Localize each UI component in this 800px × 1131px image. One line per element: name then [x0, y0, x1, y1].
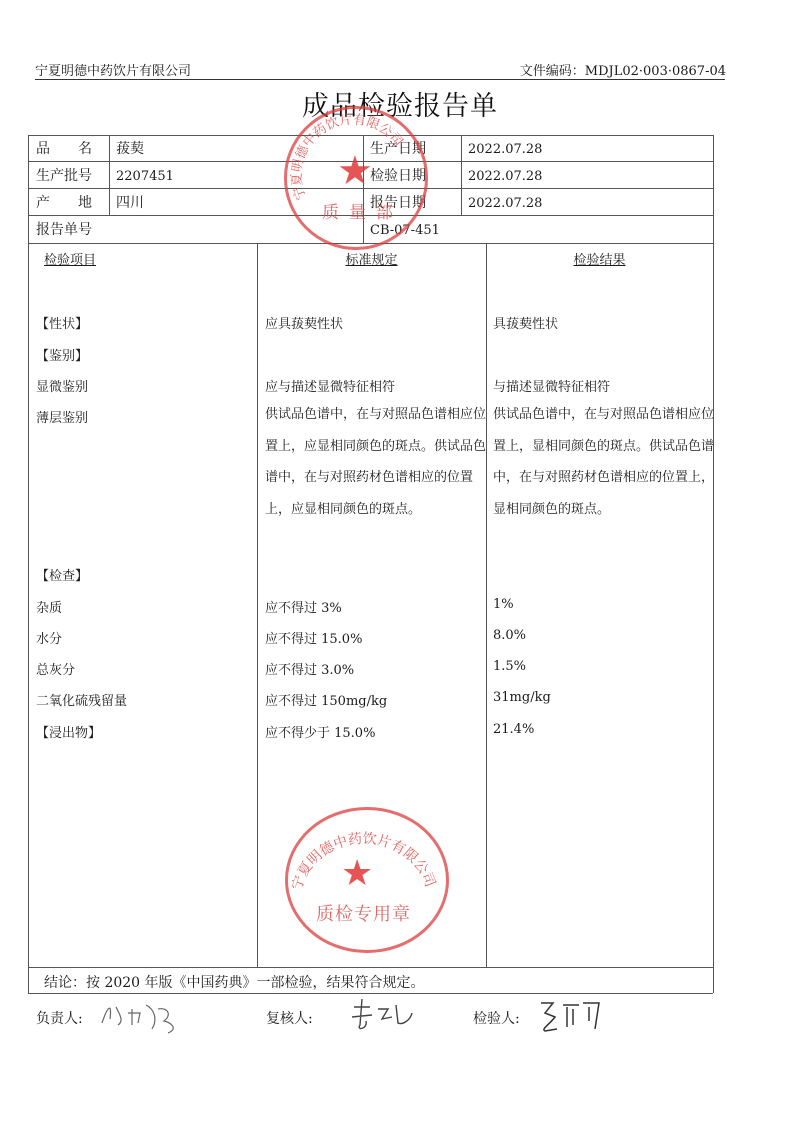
reviewer-signature — [348, 995, 418, 1042]
item-impurity: 杂质 — [36, 597, 62, 616]
origin: 四川 — [116, 190, 144, 217]
result-appearance: 具菝葜性状 — [493, 313, 558, 332]
origin-label: 产 地 — [36, 190, 92, 217]
item-tlc: 薄层鉴别 — [36, 407, 88, 426]
table-border-right — [713, 135, 714, 993]
conclusion: 结论：按 2020 年版《中国药典》一部检验，结果符合规定。 — [44, 972, 425, 992]
row-divider — [28, 967, 713, 968]
product-name: 菝葜 — [116, 136, 144, 163]
standard-extract: 应不得少于 15.0% — [265, 722, 375, 741]
standard-moisture: 应不得过 15.0% — [265, 628, 362, 647]
production-date: 2022.07.28 — [468, 136, 542, 163]
standard-tlc: 供试品色谱中，在与对照品色谱相应位置上，应显相同颜色的斑点。供试品色谱中，在与对… — [265, 399, 489, 525]
svg-text:宁夏明德中药饮片有限公司: 宁夏明德中药饮片有限公司 — [290, 111, 406, 201]
product-name-label: 品 名 — [36, 136, 92, 163]
result-total-ash: 1.5% — [493, 659, 526, 674]
table-border-bottom — [28, 993, 713, 994]
inspection-date: 2022.07.28 — [468, 163, 542, 190]
col-divider — [461, 135, 462, 215]
result-so2: 31mg/kg — [493, 690, 551, 705]
company-name: 宁夏明德中药饮片有限公司 — [35, 60, 191, 79]
reviewer-label: 复核人: — [266, 1008, 313, 1028]
batch-label: 生产批号 — [36, 163, 92, 190]
item-so2: 二氧化硫残留量 — [36, 690, 127, 709]
col-header-item: 检验项目 — [44, 249, 96, 268]
inspector-label: 检验人: — [473, 1008, 520, 1028]
item-appearance: 【性状】 — [36, 313, 88, 332]
standard-total-ash: 应不得过 3.0% — [265, 659, 354, 678]
standard-appearance: 应具菝葜性状 — [265, 313, 343, 332]
result-impurity: 1% — [493, 597, 514, 612]
responsible-label: 负责人: — [36, 1008, 83, 1028]
header-rule — [35, 79, 725, 80]
item-moisture: 水分 — [36, 628, 62, 647]
inspector-signature — [535, 995, 625, 1044]
table-border-left — [28, 135, 29, 993]
col-divider — [109, 135, 110, 215]
item-identification: 【鉴别】 — [36, 345, 88, 364]
result-microscopic: 与描述显微特征相符 — [493, 376, 610, 395]
item-microscopic: 显微鉴别 — [36, 376, 88, 395]
stamp-arc-text: 宁夏明德中药饮片有限公司 — [284, 106, 422, 244]
item-total-ash: 总灰分 — [36, 659, 75, 678]
col-header-standard: 标准规定 — [257, 249, 486, 268]
stamp-arc-text: 宁夏明德中药饮片有限公司 — [285, 807, 443, 947]
item-inspection: 【检查】 — [36, 565, 88, 584]
result-moisture: 8.0% — [493, 628, 526, 643]
report-no-label: 报告单号 — [36, 217, 92, 244]
col-divider — [486, 243, 487, 967]
col-divider — [257, 243, 258, 967]
file-code: 文件编码：MDJL02·003·0867-04 — [520, 60, 726, 79]
standard-impurity: 应不得过 3% — [265, 597, 342, 616]
responsible-signature — [98, 995, 188, 1042]
svg-text:宁夏明德中药饮片有限公司: 宁夏明德中药饮片有限公司 — [289, 831, 438, 892]
standard-microscopic: 应与描述显微特征相符 — [265, 376, 395, 395]
standard-so2: 应不得过 150mg/kg — [265, 690, 387, 709]
col-header-result: 检验结果 — [486, 249, 713, 268]
report-date: 2022.07.28 — [468, 190, 542, 217]
item-extract: 【浸出物】 — [36, 722, 101, 741]
result-tlc: 供试品色谱中，在与对照品色谱相应位置上，显相同颜色的斑点。供试品色谱中，在与对照… — [493, 399, 715, 525]
result-extract: 21.4% — [493, 722, 534, 737]
batch-number: 2207451 — [116, 163, 174, 190]
